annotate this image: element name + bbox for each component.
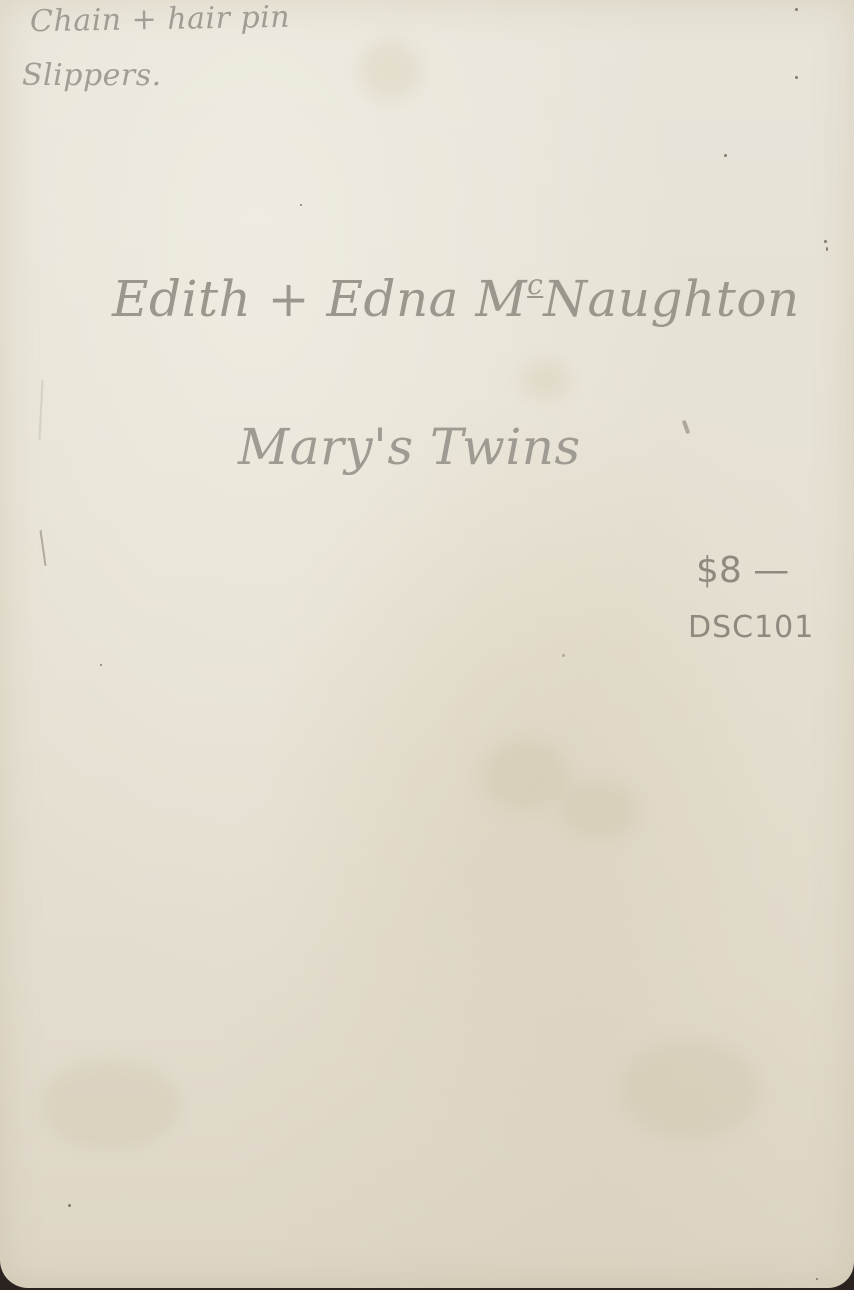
pencil-mark bbox=[682, 420, 691, 435]
price-note: $8 — bbox=[696, 550, 789, 591]
names-line: Edith + Edna McNaughton bbox=[112, 268, 800, 328]
paper-stain bbox=[520, 360, 570, 400]
card-back: Chain + hair pin Slippers. Edith + Edna … bbox=[0, 0, 854, 1288]
paper-speck bbox=[100, 664, 102, 666]
catalog-code: DSC101 bbox=[688, 610, 814, 645]
names-suffix: Naughton bbox=[543, 270, 799, 328]
paper-speck bbox=[795, 8, 798, 11]
paper-stain bbox=[480, 740, 570, 810]
paper-speck bbox=[795, 76, 798, 79]
paper-speck bbox=[816, 1278, 818, 1280]
paper-speck bbox=[824, 240, 827, 243]
paper-speck bbox=[826, 247, 828, 251]
paper-speck bbox=[300, 204, 302, 206]
note-chain-hairpin: Chain + hair pin bbox=[30, 0, 291, 39]
paper-stain bbox=[560, 780, 640, 840]
paper-stain bbox=[620, 1040, 760, 1140]
paper-stain bbox=[40, 1060, 180, 1150]
edge-mark bbox=[40, 530, 47, 566]
note-slippers: Slippers. bbox=[22, 58, 162, 93]
edge-mark bbox=[38, 380, 43, 440]
paper-speck bbox=[562, 654, 565, 657]
paper-speck bbox=[724, 154, 727, 157]
paper-stain bbox=[360, 40, 420, 100]
relation-line: Mary's Twins bbox=[238, 418, 581, 476]
names-prefix: Edith + Edna M bbox=[112, 270, 527, 328]
names-superscript: c bbox=[527, 268, 543, 301]
paper-speck bbox=[68, 1204, 71, 1207]
